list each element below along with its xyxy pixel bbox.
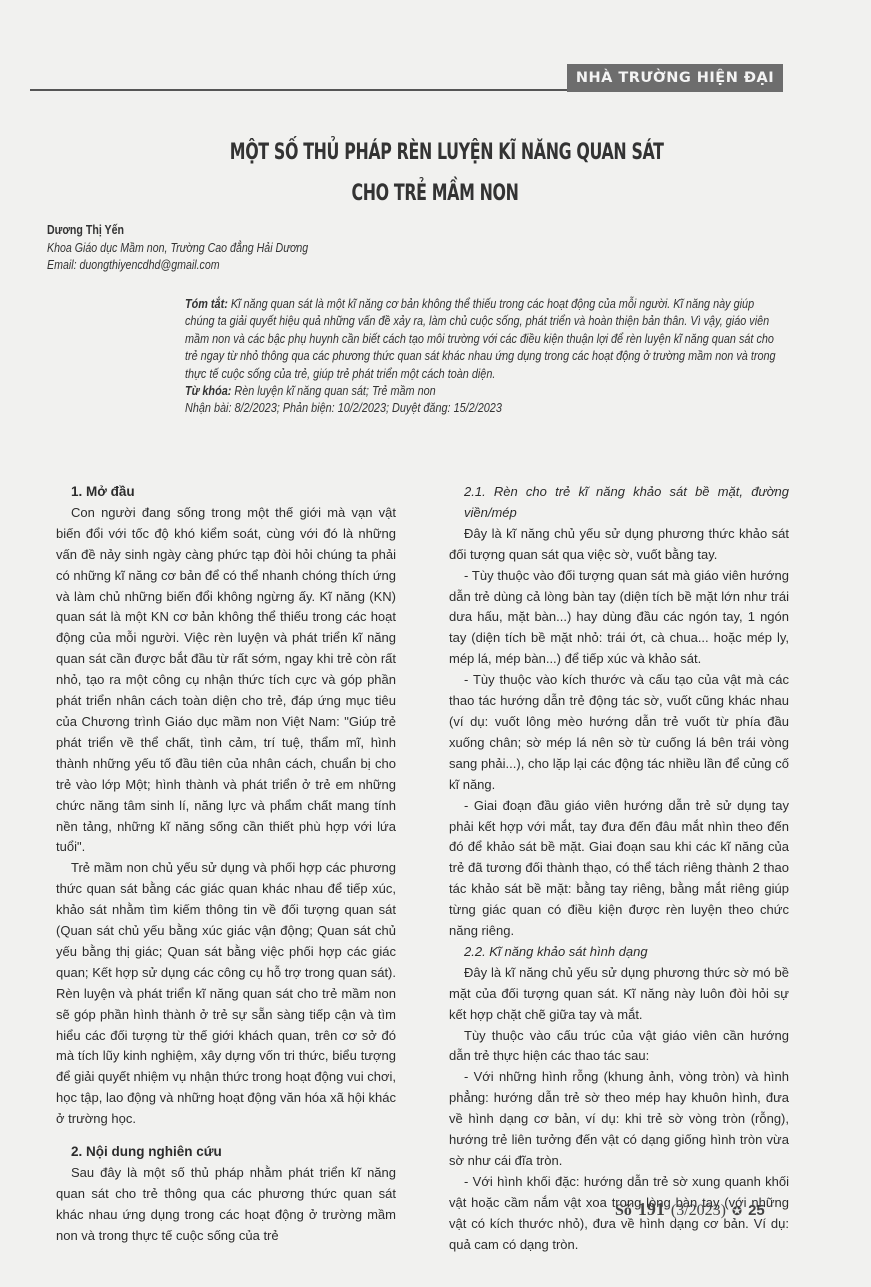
paragraph: - Giai đoạn đầu giáo viên hướng dẫn trẻ … [449, 796, 789, 942]
issue-date: (3/2023) [671, 1202, 726, 1220]
section-badge: NHÀ TRƯỜNG HIỆN ĐẠI [567, 64, 783, 92]
keywords-label: Từ khóa: [185, 383, 231, 398]
abstract-body: Kĩ năng quan sát là một kĩ năng cơ bản k… [185, 296, 776, 381]
header-rule [30, 89, 570, 91]
title-line-2: CHO TRẺ MẦM NON [230, 173, 640, 214]
paragraph: Đây là kĩ năng chủ yếu sử dụng phương th… [449, 524, 789, 566]
section-2-heading: 2. Nội dung nghiên cứu [56, 1142, 396, 1163]
issue-number: 191 [638, 1199, 665, 1220]
right-column: 2.1. Rèn cho trẻ kĩ năng khảo sát bề mặt… [449, 482, 789, 1256]
author-name: Dương Thị Yến [47, 222, 308, 240]
separator-star-icon: ✪ [732, 1204, 742, 1219]
section-2-2-heading: 2.2. Kĩ năng khảo sát hình dạng [449, 942, 789, 963]
paragraph: Sau đây là một số thủ pháp nhằm phát tri… [56, 1163, 396, 1247]
abstract-label: Tóm tắt: [185, 296, 228, 311]
paragraph: - Tùy thuộc vào kích thước và cấu tạo củ… [449, 670, 789, 795]
section-1-heading: 1. Mở đầu [56, 482, 396, 503]
left-column: 1. Mở đầu Con người đang sống trong một … [56, 482, 396, 1247]
keywords: Từ khóa: Rèn luyện kĩ năng quan sát; Trẻ… [185, 382, 786, 399]
section-2-1-heading: 2.1. Rèn cho trẻ kĩ năng khảo sát bề mặt… [449, 482, 789, 524]
paragraph: - Tùy thuộc vào đối tượng quan sát mà gi… [449, 566, 789, 671]
page-number: 25 [748, 1202, 765, 1219]
issue-label: Số [615, 1202, 632, 1220]
paragraph: Đây là kĩ năng chủ yếu sử dụng phương th… [449, 963, 789, 1026]
keywords-body: Rèn luyện kĩ năng quan sát; Trẻ mầm non [231, 383, 435, 398]
article-title: MỘT SỐ THỦ PHÁP RÈN LUYỆN KĨ NĂNG QUAN S… [230, 132, 640, 214]
author-affiliation: Khoa Giáo dục Mầm non, Trường Cao đẳng H… [47, 240, 308, 258]
paragraph: - Với những hình rỗng (khung ảnh, vòng t… [449, 1067, 789, 1172]
author-email: Email: duongthiyencdhd@gmail.com [47, 257, 308, 275]
abstract: Tóm tắt: Kĩ năng quan sát là một kĩ năng… [185, 295, 786, 417]
section-label: NHÀ TRƯỜNG HIỆN ĐẠI [576, 70, 774, 86]
abstract-text: Tóm tắt: Kĩ năng quan sát là một kĩ năng… [185, 295, 786, 382]
page-footer: Số 191 (3/2023) ✪ 25 [615, 1199, 765, 1220]
paragraph: Con người đang sống trong một thế giới m… [56, 503, 396, 858]
author-block: Dương Thị Yến Khoa Giáo dục Mầm non, Trư… [47, 222, 354, 275]
paragraph: Tùy thuộc vào cấu trúc của vật giáo viên… [449, 1026, 789, 1068]
title-line-1: MỘT SỐ THỦ PHÁP RÈN LUYỆN KĨ NĂNG QUAN S… [230, 132, 640, 173]
paragraph: Trẻ mầm non chủ yếu sử dụng và phối hợp … [56, 858, 396, 1130]
dates: Nhận bài: 8/2/2023; Phản biện: 10/2/2023… [185, 399, 786, 416]
